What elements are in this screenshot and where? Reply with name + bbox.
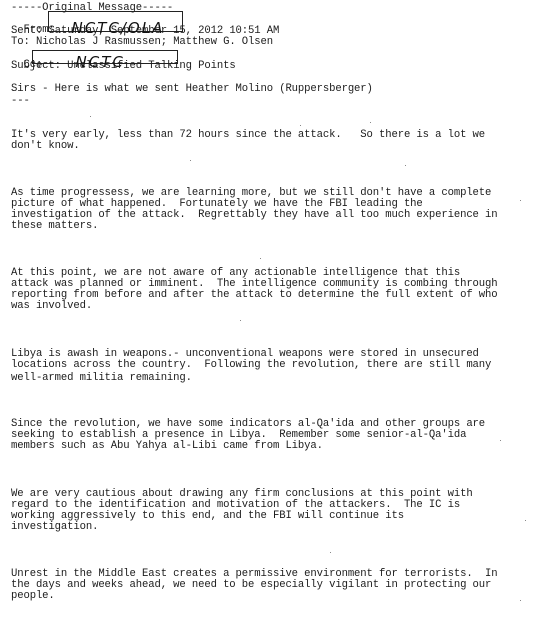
paragraph-2: As time progressess, we are learning mor… — [11, 188, 526, 232]
scan-speck — [240, 320, 241, 321]
scan-speck — [330, 552, 331, 553]
scan-speck — [260, 258, 261, 259]
paragraph-line: members such as Abu Yahya al-Libi came f… — [11, 441, 526, 452]
paragraph-line: people. — [11, 591, 526, 602]
paragraph-line: well-armed militia remaining. — [11, 373, 526, 384]
paragraph-4: Libya is awash in weapons.- unconvention… — [11, 349, 526, 384]
scan-speck — [520, 200, 521, 201]
paragraph-6: We are very cautious about drawing any f… — [11, 489, 526, 533]
scan-speck — [405, 165, 406, 166]
intro-rule: --- — [11, 96, 30, 107]
subject-row: Subject: Unclassified Talking Points — [11, 61, 236, 72]
paragraph-1: It's very early, less than 72 hours sinc… — [11, 130, 526, 152]
paragraph-7: Unrest in the Middle East creates a perm… — [11, 569, 526, 602]
scan-speck — [500, 440, 501, 441]
scan-speck — [370, 122, 371, 123]
scan-speck — [90, 116, 91, 117]
paragraph-3: At this point, we are not aware of any a… — [11, 268, 526, 312]
paragraph-5: Since the revolution, we have some indic… — [11, 419, 526, 452]
to-label: To: — [11, 36, 30, 48]
scan-speck — [525, 520, 526, 521]
scan-speck — [300, 125, 301, 126]
to-row: To: Nicholas J Rasmussen; Matthew G. Ols… — [11, 37, 273, 48]
paragraph-line: these matters. — [11, 221, 526, 232]
paragraph-line: investigation. — [11, 522, 526, 533]
paragraph-line: was involved. — [11, 301, 526, 312]
paragraph-line: locations across the country. Following … — [11, 360, 526, 371]
scan-speck — [190, 160, 191, 161]
paragraph-line: don't know. — [11, 141, 526, 152]
subject-label: Subject: — [11, 60, 61, 72]
paragraph-line: It's very early, less than 72 hours sinc… — [11, 130, 526, 141]
paragraph-line: the days and weeks ahead, we need to be … — [11, 580, 526, 591]
subject-value: Unclassified Talking Points — [67, 60, 235, 72]
scan-speck — [520, 600, 521, 601]
intro-line: Sirs - Here is what we sent Heather Moli… — [11, 84, 373, 95]
